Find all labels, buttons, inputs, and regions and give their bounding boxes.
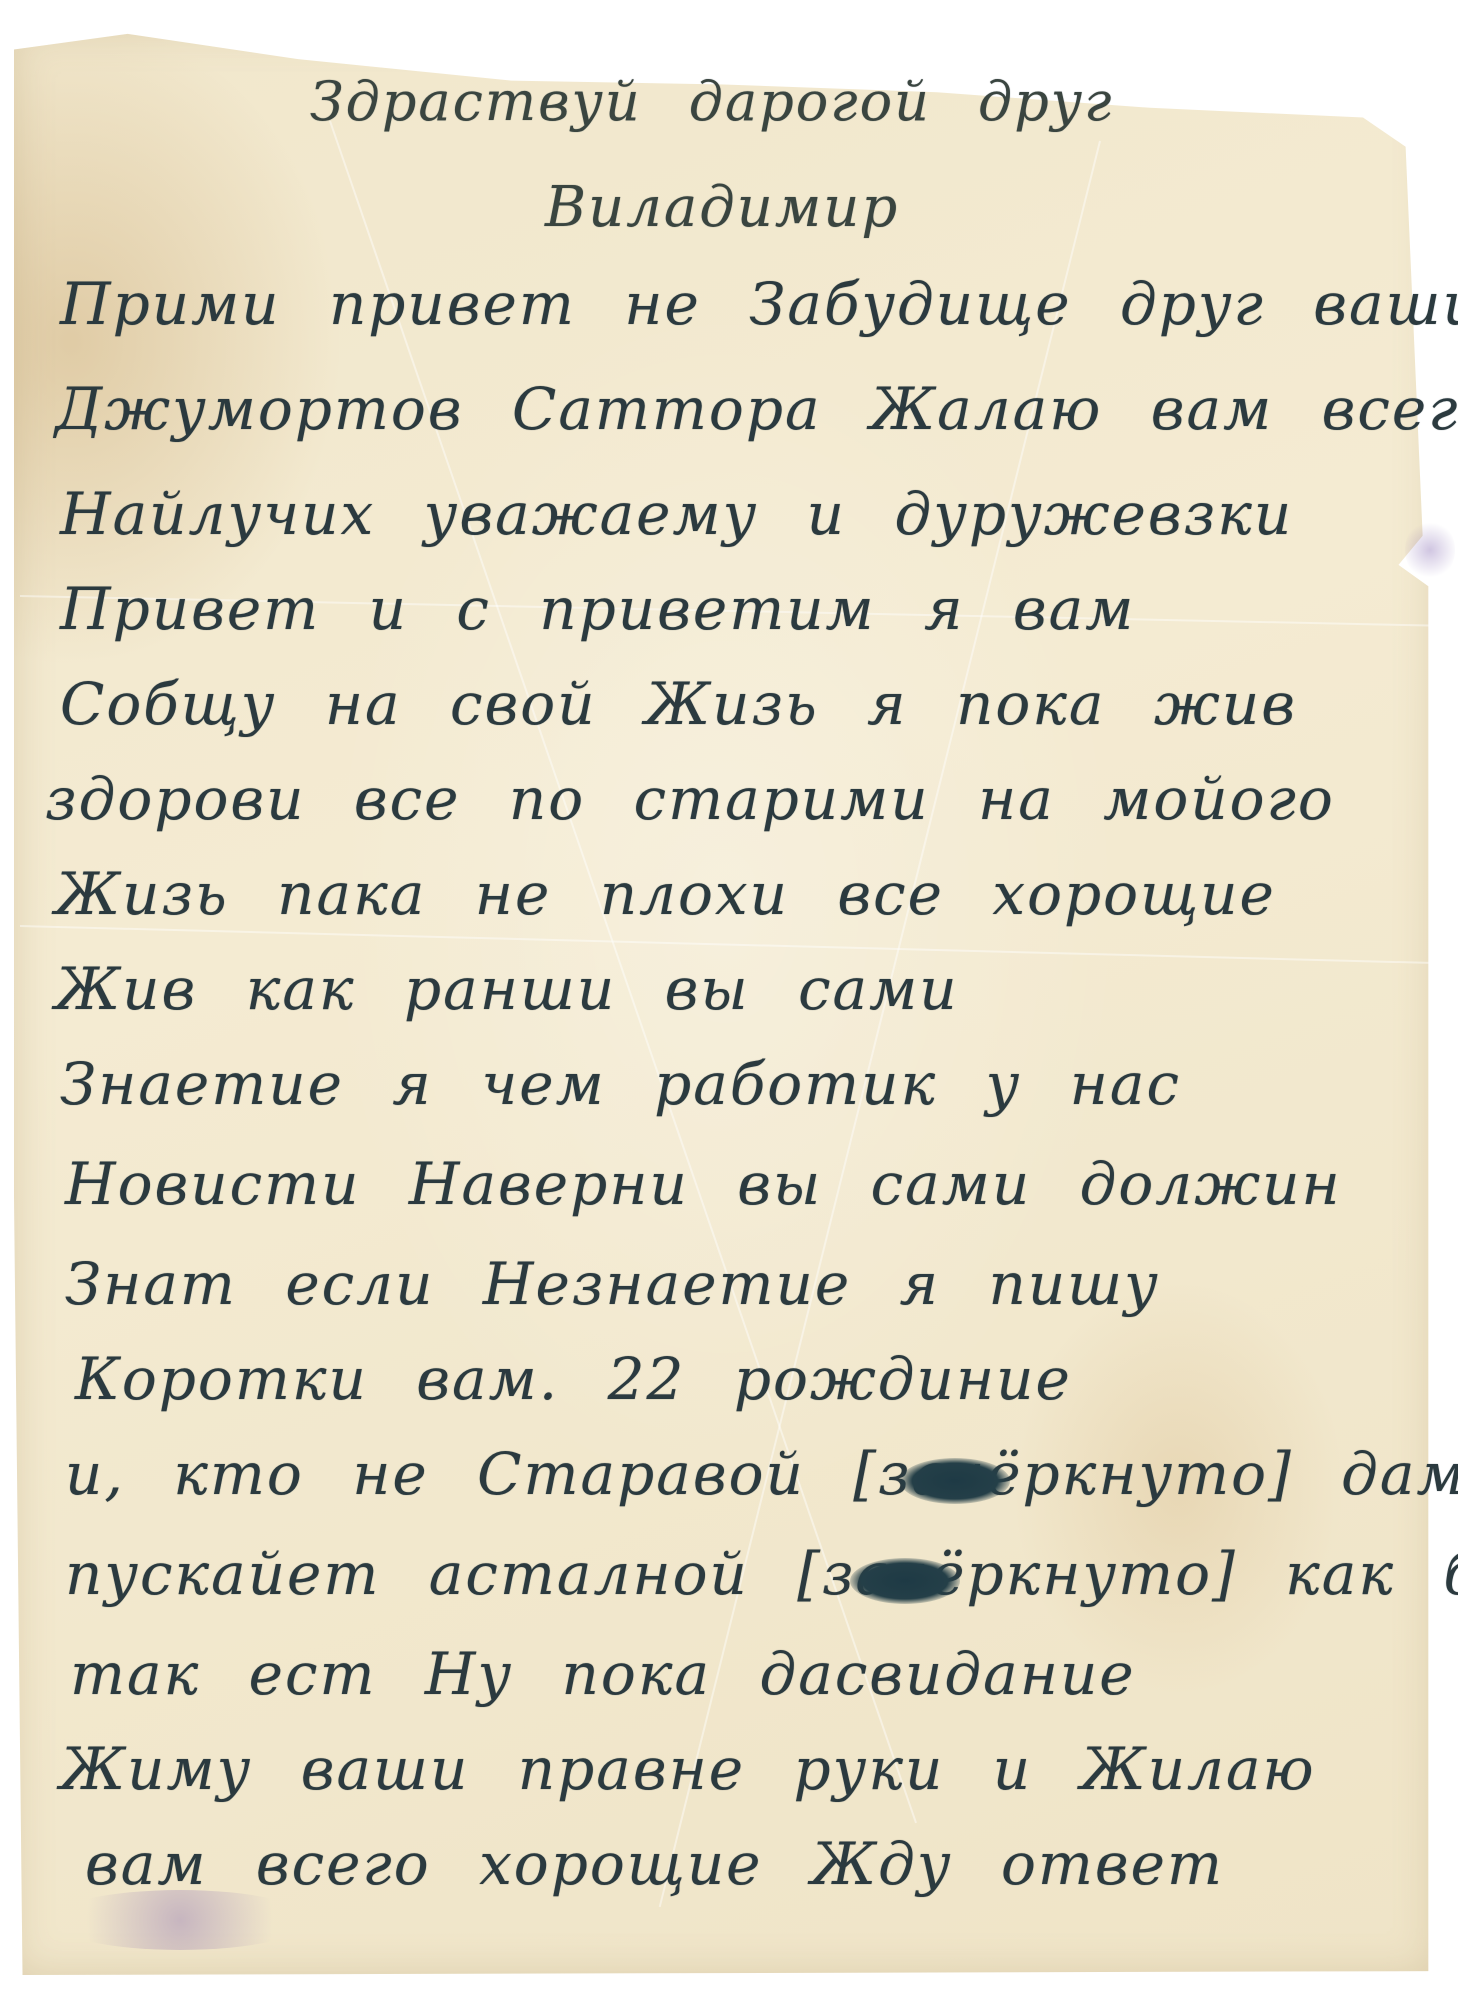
ink-blot-strikeout: [850, 1558, 960, 1604]
letter-line: Жив как ранши вы сами: [55, 955, 959, 1023]
handwritten-letter: Здраствуй дарогой друг Виладимир Прими п…: [0, 0, 1458, 1999]
letter-line: Собщу на свой Жизь я пока жив: [60, 670, 1297, 738]
letter-line: и, кто не Старавой [зачёркнуто] дамой: [65, 1440, 1458, 1508]
letter-line: Новисти Наверни вы сами должин: [65, 1150, 1342, 1218]
letter-line: пускайет асталной [зачёркнуто] как был: [65, 1540, 1458, 1608]
letter-line: Джумортов Саттора Жалаю вам всего: [55, 375, 1458, 443]
letter-line: Привет и с приветим я вам: [60, 575, 1135, 643]
letter-line: так ест Ну пока дасвидание: [70, 1640, 1136, 1708]
letter-line: вам всего хорощие Жду ответ: [85, 1830, 1224, 1898]
letter-line: Коротки вам. 22 рождиние: [75, 1345, 1072, 1413]
letter-line: Жизь пака не плохи все хорощие: [55, 860, 1276, 928]
letter-addressee: Виладимир: [545, 175, 899, 240]
letter-line: Найлучих уважаему и дуружевзки: [60, 480, 1293, 548]
letter-line: Знат если Незнаетие я пишу: [65, 1250, 1160, 1318]
letter-line: Знаетие я чем работик у нас: [60, 1050, 1181, 1118]
letter-line: Жиму ваши правне руки и Жилаю: [60, 1735, 1316, 1803]
ink-blot-strikeout: [900, 1458, 1010, 1504]
letter-greeting: Здраствуй дарогой друг: [310, 70, 1113, 133]
letter-line: Прими привет не Забудище друг ваши: [60, 270, 1458, 338]
letter-line: здорови все по старими на мойого: [45, 765, 1335, 833]
